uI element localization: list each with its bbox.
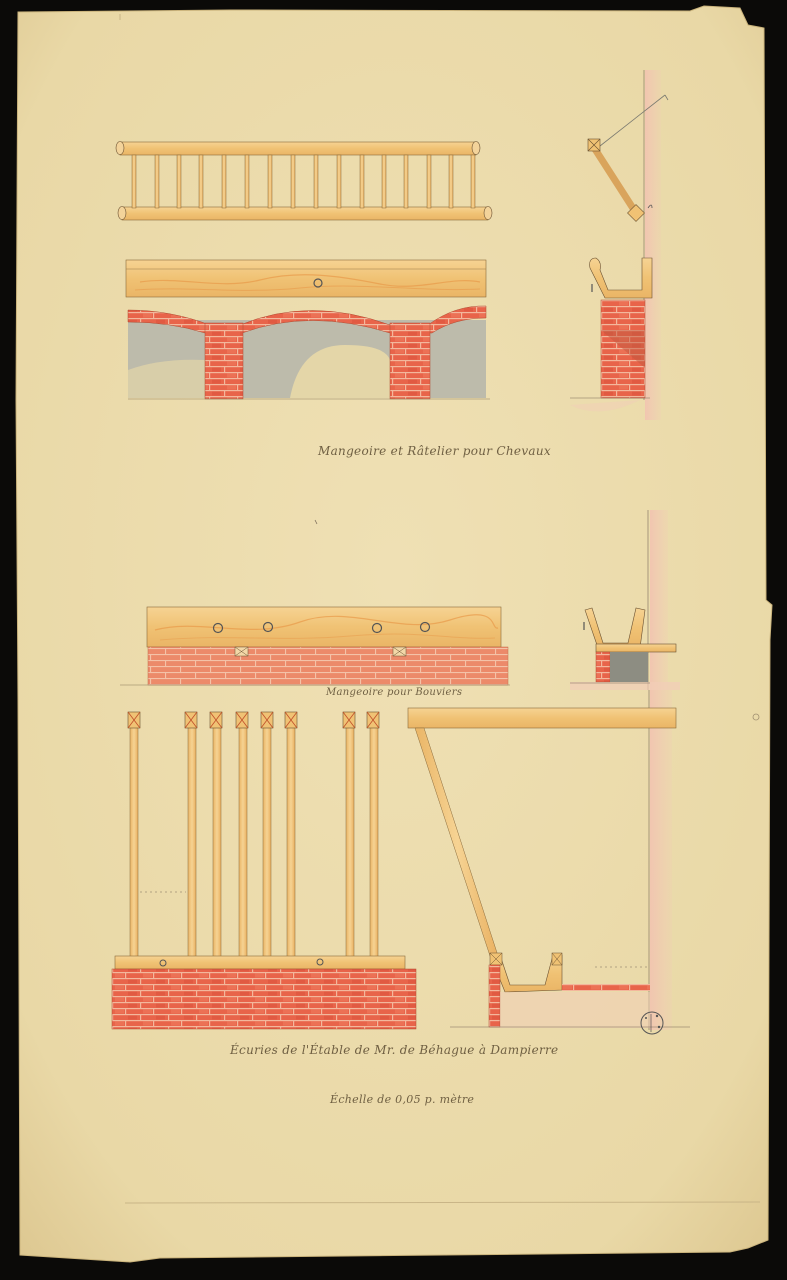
- caption-scale: Échelle de 0,05 p. mètre: [330, 1093, 474, 1106]
- caption-cattle-manger: Mangeoire pour Bouviers: [326, 687, 462, 698]
- cattle-manger-elevation: [120, 607, 510, 685]
- horse-manger-elevation: [126, 260, 490, 399]
- drawing-sheet: [0, 0, 787, 1280]
- caption-horse-manger: Mangeoire et Râtelier pour Chevaux: [318, 444, 551, 458]
- caption-stable-title: Écuries de l'Étable de Mr. de Béhague à …: [230, 1043, 558, 1057]
